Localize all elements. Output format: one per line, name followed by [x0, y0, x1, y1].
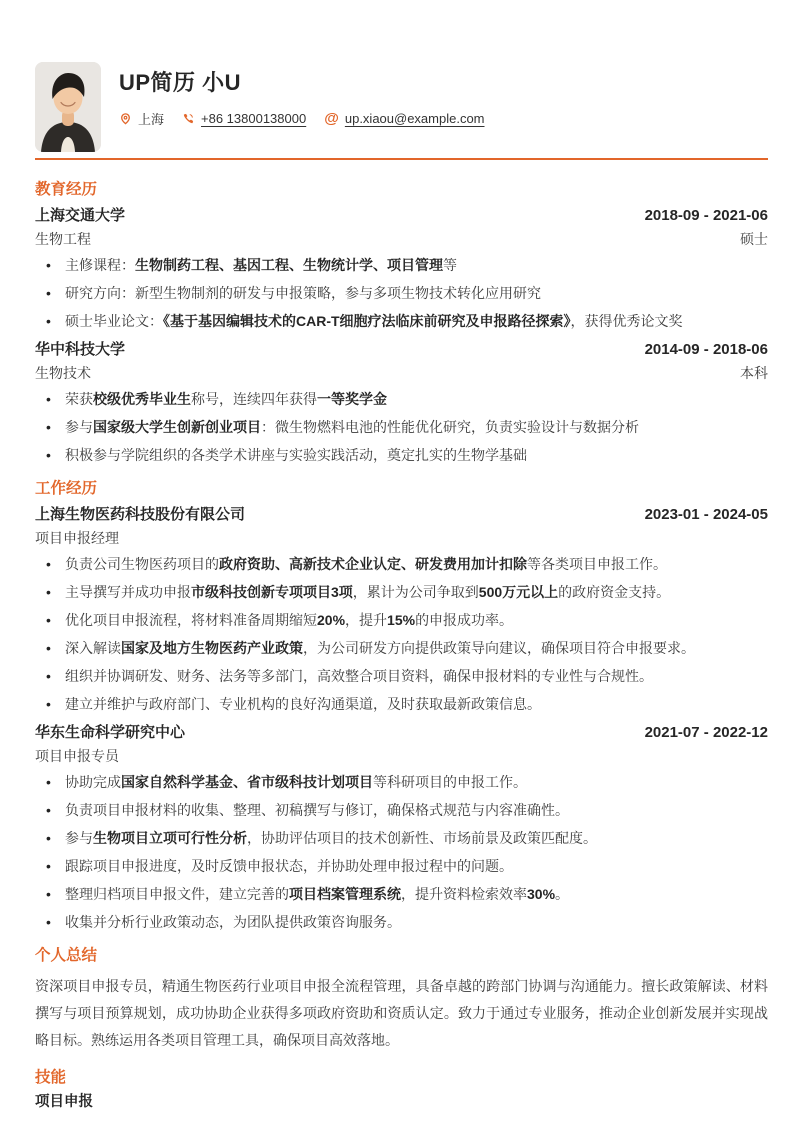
bullet-item: 负责公司生物医药项目的政府资助、高新技术企业认定、研发费用加计扣除等各类项目申报…: [35, 555, 768, 574]
entry-org: 华中科技大学: [35, 340, 125, 360]
entry-date: 2021-07 - 2022-12: [645, 723, 768, 743]
entry-head: 华东生命科学研究中心2021-07 - 2022-12: [35, 723, 768, 743]
bullet-item: 研究方向：新型生物制剂的研发与申报策略，参与多项生物技术转化应用研究: [35, 284, 768, 303]
entry-subline: 项目申报专员: [35, 747, 768, 766]
bullet-item: 参与生物项目立项可行性分析，协助评估项目的技术创新性、市场前景及政策匹配度。: [35, 829, 768, 848]
bullet-item: 建立并维护与政府部门、专业机构的良好沟通渠道，及时获取最新政策信息。: [35, 695, 768, 714]
email-link[interactable]: up.xiaou@example.com: [345, 111, 485, 126]
resume-page: UP简历 小U 上海 +86 13800138000: [0, 0, 800, 1130]
section-education: 教育经历上海交通大学2018-09 - 2021-06生物工程硕士主修课程：生物…: [35, 180, 768, 465]
bullet-item: 组织并协调研发、财务、法务等多部门，高效整合项目资料，确保申报材料的专业性与合规…: [35, 667, 768, 686]
entry-role: 项目申报专员: [35, 747, 119, 766]
bullet-item: 优化项目申报流程，将材料准备周期缩短20%，提升15%的申报成功率。: [35, 611, 768, 630]
entry-subline: 生物工程硕士: [35, 230, 768, 249]
bullet-item: 收集并分析行业政策动态，为团队提供政策咨询服务。: [35, 913, 768, 932]
bullet-item: 负责项目申报材料的收集、整理、初稿撰写与修订，确保格式规范与内容准确性。: [35, 801, 768, 820]
phone-link[interactable]: +86 13800138000: [201, 111, 306, 126]
bullet-item: 深入解读国家及地方生物医药产业政策，为公司研发方向提供政策导向建议，确保项目符合…: [35, 639, 768, 658]
entry: 华东生命科学研究中心2021-07 - 2022-12项目申报专员协助完成国家自…: [35, 723, 768, 932]
entry-date: 2018-09 - 2021-06: [645, 206, 768, 226]
bullet-list: 主修课程：生物制药工程、基因工程、生物统计学、项目管理等研究方向：新型生物制剂的…: [35, 256, 768, 331]
resume-header: UP简历 小U 上海 +86 13800138000: [35, 62, 768, 152]
entry-org: 上海生物医药科技股份有限公司: [35, 505, 245, 525]
section-title-work: 工作经历: [35, 479, 768, 499]
bullet-item: 整理归档项目申报文件，建立完善的项目档案管理系统，提升资料检索效率30%。: [35, 885, 768, 904]
bullet-item: 主导撰写并成功申报市级科技创新专项项目3项，累计为公司争取到500万元以上的政府…: [35, 583, 768, 602]
bullet-item: 积极参与学院组织的各类学术讲座与实验实践活动，奠定扎实的生物学基础: [35, 446, 768, 465]
bullet-item: 主修课程：生物制药工程、基因工程、生物统计学、项目管理等: [35, 256, 768, 275]
section-summary: 个人总结资深项目申报专员，精通生物医药行业项目申报全流程管理，具备卓越的跨部门协…: [35, 946, 768, 1054]
entry-head: 上海交通大学2018-09 - 2021-06: [35, 206, 768, 226]
bullet-list: 协助完成国家自然科学基金、省市级科技计划项目等科研项目的申报工作。负责项目申报材…: [35, 773, 768, 932]
section-title-summary: 个人总结: [35, 946, 768, 966]
entry-head: 华中科技大学2014-09 - 2018-06: [35, 340, 768, 360]
entry-role: 项目申报经理: [35, 529, 119, 548]
section-title-skills: 技能: [35, 1068, 768, 1088]
section-work: 工作经历上海生物医药科技股份有限公司2023-01 - 2024-05项目申报经…: [35, 479, 768, 932]
entry-subline: 项目申报经理: [35, 529, 768, 548]
entry-role: 生物工程: [35, 230, 91, 249]
entry-head: 上海生物医药科技股份有限公司2023-01 - 2024-05: [35, 505, 768, 525]
entry: 华中科技大学2014-09 - 2018-06生物技术本科荣获校级优秀毕业生称号…: [35, 340, 768, 465]
entry-role: 生物技术: [35, 364, 91, 383]
bullet-list: 荣获校级优秀毕业生称号，连续四年获得一等奖学金参与国家级大学生创新创业项目：微生…: [35, 390, 768, 465]
section-skills: 技能项目申报: [35, 1068, 768, 1112]
avatar: [35, 62, 101, 152]
bullet-item: 协助完成国家自然科学基金、省市级科技计划项目等科研项目的申报工作。: [35, 773, 768, 792]
sections: 教育经历上海交通大学2018-09 - 2021-06生物工程硕士主修课程：生物…: [35, 180, 768, 1112]
entry-degree: 本科: [740, 364, 768, 383]
candidate-name: UP简历 小U: [119, 70, 485, 96]
entry-subline: 生物技术本科: [35, 364, 768, 383]
location-pin-icon: [119, 112, 132, 125]
bullet-item: 参与国家级大学生创新创业项目：微生物燃料电池的性能优化研究，负责实验设计与数据分…: [35, 418, 768, 437]
summary-text: 资深项目申报专员，精通生物医药行业项目申报全流程管理，具备卓越的跨部门协调与沟通…: [35, 973, 768, 1054]
entry: 上海交通大学2018-09 - 2021-06生物工程硕士主修课程：生物制药工程…: [35, 206, 768, 331]
avatar-photo: [35, 62, 101, 152]
section-title-education: 教育经历: [35, 180, 768, 200]
header-divider: [35, 158, 768, 160]
skill-item: 项目申报: [35, 1093, 768, 1112]
contact-row: 上海 +86 13800138000 @ up.xiaou@example.co…: [119, 109, 485, 128]
bullet-list: 负责公司生物医药项目的政府资助、高新技术企业认定、研发费用加计扣除等各类项目申报…: [35, 555, 768, 714]
entry: 上海生物医药科技股份有限公司2023-01 - 2024-05项目申报经理负责公…: [35, 505, 768, 714]
header-info: UP简历 小U 上海 +86 13800138000: [119, 62, 485, 128]
phone-icon: [182, 112, 195, 125]
entry-date: 2023-01 - 2024-05: [645, 505, 768, 525]
bullet-item: 硕士毕业论文：《基于基因编辑技术的CAR-T细胞疗法临床前研究及申报路径探索》，…: [35, 312, 768, 331]
bullet-item: 荣获校级优秀毕业生称号，连续四年获得一等奖学金: [35, 390, 768, 409]
entry-org: 华东生命科学研究中心: [35, 723, 185, 743]
location-item: 上海: [119, 109, 164, 128]
email-item: @ up.xiaou@example.com: [324, 111, 484, 126]
location-label: 上海: [138, 109, 164, 128]
bullet-item: 跟踪项目申报进度，及时反馈申报状态，并协助处理申报过程中的问题。: [35, 857, 768, 876]
entry-degree: 硕士: [740, 230, 768, 249]
phone-item: +86 13800138000: [182, 111, 306, 126]
at-icon: @: [324, 112, 339, 125]
entry-org: 上海交通大学: [35, 206, 125, 226]
entry-date: 2014-09 - 2018-06: [645, 340, 768, 360]
